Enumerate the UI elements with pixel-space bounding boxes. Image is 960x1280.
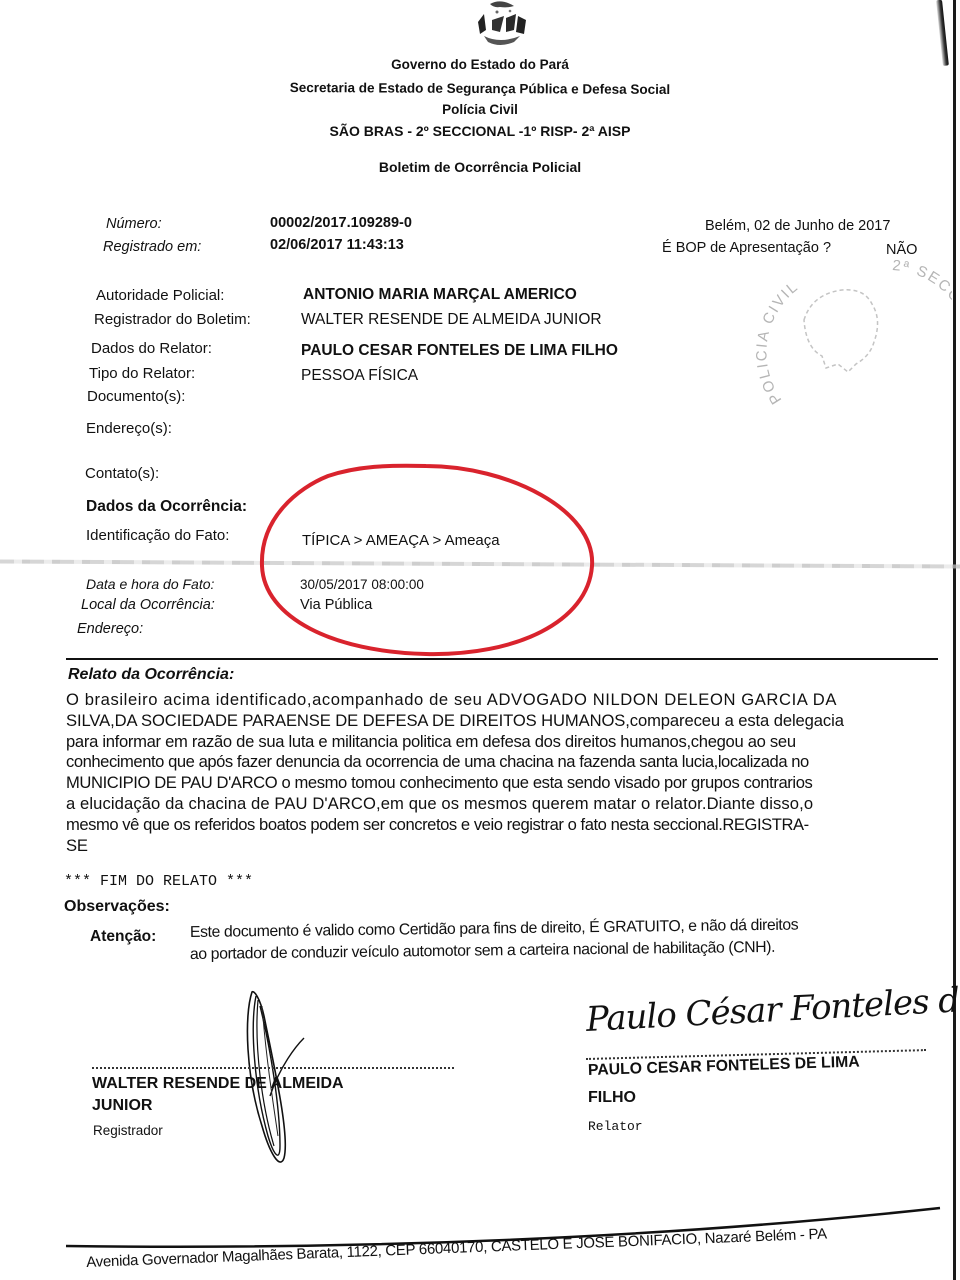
document-title: Boletim de Ocorrência Policial	[0, 159, 960, 175]
relator-name-line2: FILHO	[588, 1089, 636, 1107]
registrador-name-line2: JUNIOR	[92, 1097, 152, 1115]
enderecos-label: Endereço(s):	[86, 420, 172, 437]
identificacao-label: Identificação do Fato:	[86, 527, 229, 544]
header-government: Governo do Estado do Pará	[0, 57, 960, 72]
stamp-text-left: POLICIA CIVIL	[753, 278, 802, 408]
relator-value: PAULO CESAR FONTELES DE LIMA FILHO	[301, 342, 618, 360]
tipo-relator-value: PESSOA FÍSICA	[301, 367, 418, 385]
endereco-label: Endereço:	[77, 621, 143, 637]
registrador-label: Registrador do Boletim:	[94, 311, 251, 328]
page-edge	[953, 0, 956, 1280]
section-divider	[66, 658, 938, 660]
registrado-label: Registrado em:	[103, 239, 201, 255]
data-fato-label: Data e hora do Fato:	[86, 576, 214, 592]
relato-title: Relato da Ocorrência:	[68, 666, 234, 684]
relator-role: Relator	[588, 1119, 643, 1134]
relator-handwritten-signature: Paulo César Fonteles de Lima	[585, 975, 960, 1040]
relator-label: Dados do Relator:	[91, 340, 212, 357]
relato-line: SILVA,DA SOCIEDADE PARAENSE DE DEFESA DE…	[66, 711, 956, 732]
bop-label: É BOP de Apresentação ?	[662, 240, 831, 256]
observacoes-title: Observações:	[64, 898, 170, 916]
registrador-signature-line	[92, 1067, 454, 1069]
relato-line: a elucidação da chacina de PAU D'ARCO,em…	[66, 794, 956, 815]
red-highlight-circle	[258, 462, 598, 658]
documentos-label: Documento(s):	[87, 388, 185, 405]
autoridade-label: Autoridade Policial:	[96, 287, 224, 304]
atencao-label: Atenção:	[90, 928, 156, 946]
numero-label: Número:	[106, 216, 162, 232]
autoridade-value: ANTONIO MARIA MARÇAL AMERICO	[303, 286, 577, 304]
relato-line: para informar em razão de sua luta e mil…	[66, 732, 956, 753]
ocorrencia-section-title: Dados da Ocorrência:	[86, 498, 247, 516]
bop-value: NÃO	[886, 242, 917, 258]
relato-line: MUNICIPIO DE PAU D'ARCO o mesmo tomou co…	[66, 773, 956, 794]
relato-line: mesmo vê que os referidos boatos podem s…	[66, 815, 956, 836]
tipo-relator-label: Tipo do Relator:	[89, 365, 195, 382]
police-seal-stamp: POLICIA CIVIL 2ª SECCIONAL	[742, 260, 952, 420]
relato-line: conhecimento que após fazer denuncia da …	[66, 752, 956, 773]
stamp-text-right: 2ª SECCIONAL	[892, 260, 952, 356]
header-secretariat: Secretaria de Estado de Segurança Públic…	[0, 78, 960, 98]
registrador-name-line1: WALTER RESENDE DE ALMEIDA	[92, 1075, 344, 1093]
svg-text:2ª SECCIONAL: 2ª SECCIONAL	[892, 260, 952, 356]
atencao-line-1: Este documento é valido como Certidão pa…	[190, 917, 798, 942]
registrado-value: 02/06/2017 11:43:13	[270, 237, 404, 253]
contatos-label: Contato(s):	[85, 465, 159, 482]
local-label: Local da Ocorrência:	[81, 597, 215, 613]
relato-body: O brasileiro acima identificado,acompanh…	[66, 690, 956, 856]
header-police: Polícia Civil	[0, 102, 960, 117]
header-unit: SÃO BRAS - 2º SECCIONAL -1º RISP- 2ª AIS…	[0, 123, 960, 139]
relato-line: SE	[66, 836, 956, 857]
relato-end-marker: *** FIM DO RELATO ***	[64, 873, 253, 890]
coat-of-arms-icon	[470, 0, 532, 52]
registrador-role: Registrador	[93, 1123, 163, 1138]
atencao-line-2: ao portador de conduzir veículo automoto…	[190, 939, 775, 964]
relato-line: O brasileiro acima identificado,acompanh…	[66, 690, 956, 711]
place-date: Belém, 02 de Junho de 2017	[705, 218, 890, 234]
svg-text:POLICIA CIVIL: POLICIA CIVIL	[753, 278, 802, 408]
numero-value: 00002/2017.109289-0	[270, 215, 412, 231]
registrador-value: WALTER RESENDE DE ALMEIDA JUNIOR	[301, 311, 602, 329]
